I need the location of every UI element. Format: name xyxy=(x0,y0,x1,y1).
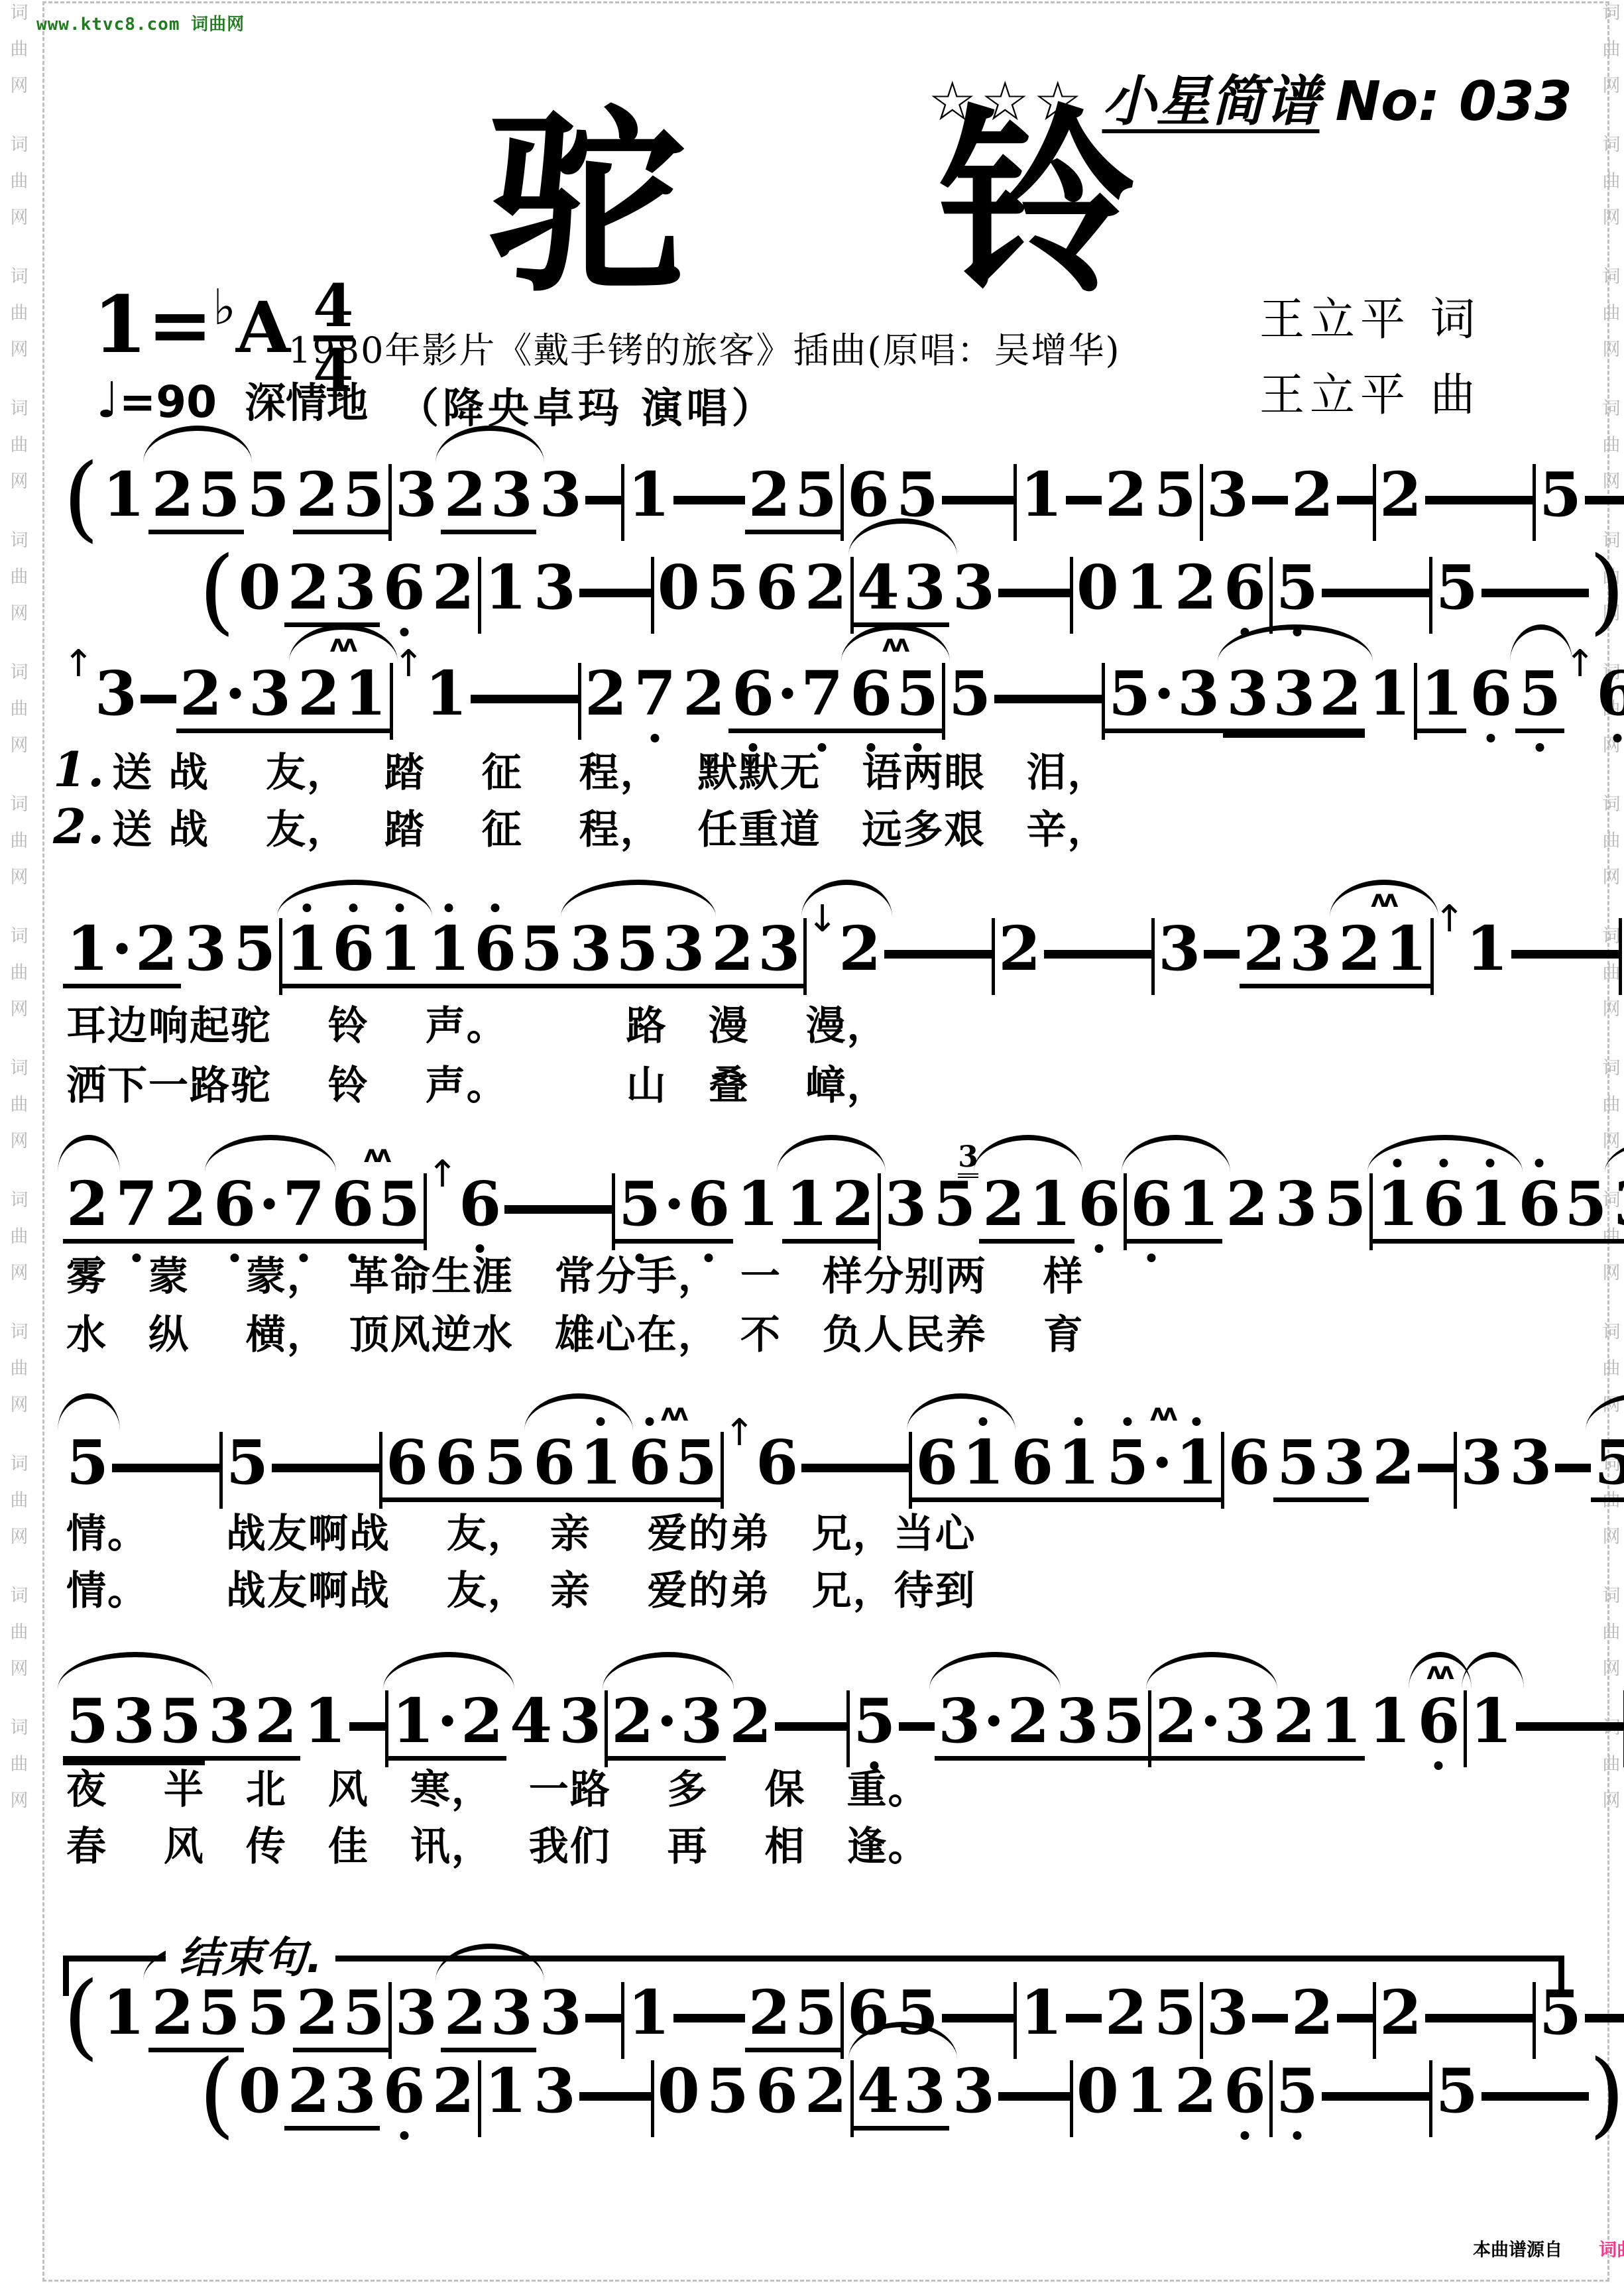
site-url-watermark: www.ktvc8.com 词曲网 xyxy=(36,11,245,35)
note-digits: 0 xyxy=(654,2060,703,2121)
note-digit: · xyxy=(436,1690,459,1751)
note-digit: 2 xyxy=(1377,464,1424,525)
note-digits: 21 xyxy=(1335,918,1430,988)
note-token: 0 xyxy=(654,2060,703,2121)
note-digit: 2 xyxy=(803,557,849,618)
note-token: 161 xyxy=(1373,1173,1515,1244)
note-token: 2 xyxy=(1222,1173,1271,1234)
note-token: 3 xyxy=(530,557,579,618)
note-token: 61 xyxy=(912,1432,1008,1502)
duration-dash xyxy=(1621,496,1624,504)
note-digit: · xyxy=(111,918,133,979)
mordent-icon: ʌʌ xyxy=(1371,888,1395,911)
note-digit: 0 xyxy=(237,557,283,618)
note-token: 1·2 xyxy=(388,1690,506,1761)
note-token: 5 xyxy=(930,1173,979,1234)
note-digit: 5 xyxy=(1275,1432,1321,1493)
watermark-group: 词曲网 xyxy=(1600,1719,1623,1810)
note-token: 2 xyxy=(1288,1982,1337,2043)
watermark-char: 曲 xyxy=(1600,436,1623,454)
note-token: 5 xyxy=(1432,2060,1481,2121)
octave-dot-high xyxy=(597,1417,605,1426)
note-token: 2 xyxy=(161,1173,210,1244)
note-token: 6 xyxy=(752,2060,801,2121)
note-digits: 2 xyxy=(726,1690,775,1751)
watermark-char: 词 xyxy=(8,1587,30,1605)
note-token: ↑6 xyxy=(427,1173,504,1234)
note-digit: · xyxy=(982,1690,1005,1751)
watermark-char: 词 xyxy=(8,1455,30,1473)
paren: ( xyxy=(63,464,99,533)
note-digit: 1 xyxy=(960,1432,1006,1493)
mordent-icon: ʌʌ xyxy=(1426,1660,1451,1684)
watermark-char: 曲 xyxy=(8,1492,30,1509)
note-digits: 3 xyxy=(91,663,141,724)
note-digits: 2·3 xyxy=(608,1690,726,1761)
octave-dot-high xyxy=(1393,1159,1402,1167)
octave-dot-low xyxy=(1147,1254,1156,1262)
note-digits: 3 xyxy=(1506,1432,1555,1493)
watermark-group: 词曲网 xyxy=(8,1719,30,1810)
note-digits: 1·2 xyxy=(388,1690,506,1761)
duration-dash xyxy=(615,2092,651,2101)
note-digits: 61 xyxy=(912,1432,1008,1502)
note-token: 5 xyxy=(244,464,293,525)
watermark-char: 网 xyxy=(8,77,30,95)
note-digits: 6·7 xyxy=(728,663,846,733)
note-digit: 2 xyxy=(1241,918,1287,979)
note-digit: 3 xyxy=(532,2060,578,2121)
note-digits: 1 xyxy=(1365,1690,1414,1751)
note-digit: 2 xyxy=(609,1690,656,1751)
note-digit: 3 xyxy=(1204,464,1251,525)
duration-dash xyxy=(978,496,1014,504)
duration-dash xyxy=(1393,2092,1429,2101)
note-digits: 3 xyxy=(181,918,230,979)
duration-dash xyxy=(504,1205,540,1214)
note-digit: 6 xyxy=(1421,1173,1467,1234)
duration-dash xyxy=(585,496,621,504)
music-line-intro-1: (1255253233125651253225) xyxy=(63,464,1568,541)
note-token: 1 xyxy=(624,1982,673,2043)
note-digit: 3 xyxy=(882,1173,929,1234)
note-digit: 6 xyxy=(685,1173,732,1234)
watermark-char: 曲 xyxy=(1600,1096,1623,1114)
note-digits: 6 xyxy=(455,1173,504,1234)
note-digit: 2 xyxy=(727,1690,774,1751)
note-token: ↑3 xyxy=(63,663,141,724)
note-token: ʌʌ5·1 xyxy=(1103,1432,1221,1502)
note-digit: 6 xyxy=(1226,1432,1272,1493)
note-digits: 1 xyxy=(481,2060,530,2121)
note-token: 2·3 xyxy=(176,663,294,733)
note-token: 1 xyxy=(733,1173,782,1234)
note-digits: 5 xyxy=(850,1690,899,1751)
note-token: 2 xyxy=(1288,464,1337,525)
note-token: 165 xyxy=(424,918,566,988)
watermark-char: 曲 xyxy=(8,1228,30,1246)
note-digit: 6 xyxy=(211,1173,258,1234)
note-digits: 25 xyxy=(293,1982,388,2052)
note-token: 3 xyxy=(881,1173,930,1234)
octave-dot-low xyxy=(400,2131,408,2140)
note-token: 61 xyxy=(1127,1173,1222,1244)
note-digit: 2 xyxy=(1336,918,1383,979)
duration-dash xyxy=(1461,2014,1497,2022)
note-digit: 3 xyxy=(1175,663,1222,724)
note-digits: 2 xyxy=(801,2060,850,2121)
note-token: 1 xyxy=(99,1982,148,2043)
duration-dash xyxy=(920,950,956,959)
note-digits: 2 xyxy=(161,1173,210,1244)
note-digit: 1 xyxy=(101,1982,147,2043)
duration-dash xyxy=(1252,496,1288,504)
quarter-note-icon: ♩ xyxy=(96,372,119,429)
note-digits: 1 xyxy=(624,1982,673,2043)
music-line-4: 2726·7ʌʌ65↑65·6112353216612351616535323 xyxy=(63,1173,1568,1250)
watermark-char: 词 xyxy=(1600,1059,1623,1077)
note-digits: 4 xyxy=(506,1690,555,1751)
watermark-char: 曲 xyxy=(8,1755,30,1773)
watermark-char: 词 xyxy=(8,1719,30,1737)
note-digit: · xyxy=(1199,1690,1222,1751)
note-digit: 2 xyxy=(837,918,883,979)
note-digit: · xyxy=(656,1690,678,1751)
lyrics-text: 耳边响起驼 铃 声。 路 漫 漫， xyxy=(66,1003,888,1049)
watermark-char: 曲 xyxy=(8,40,30,58)
note-digit: 5 xyxy=(341,1982,387,2043)
note-digits: 5 xyxy=(930,1173,979,1234)
music-line-3: 1·23516116535323↓22323ʌʌ21↑1 xyxy=(63,918,1568,995)
film-credit: 1980年影片《戴手铐的旅客》插曲(原唱：吴增华) xyxy=(288,322,1121,373)
note-digit: · xyxy=(1151,1432,1173,1493)
note-digits: 1 xyxy=(1365,663,1414,724)
duration-dash xyxy=(673,2014,709,2022)
duration-dash xyxy=(1337,2014,1373,2022)
duration-dash xyxy=(1585,2014,1621,2022)
note-digit: 1 xyxy=(783,1173,830,1234)
key-prefix: 1= xyxy=(93,278,213,371)
note-token: 5 xyxy=(1320,1173,1369,1234)
octave-dot-high xyxy=(303,904,312,912)
duration-dash xyxy=(1553,2092,1589,2101)
note-digit: 5 xyxy=(931,1173,978,1234)
note-digits: 6·7 xyxy=(210,1173,328,1244)
note-digit: 3 xyxy=(1054,1690,1100,1751)
note-digit: 1 xyxy=(423,663,469,724)
note-token: 1 xyxy=(99,464,148,525)
note-digits: 6 xyxy=(380,557,429,618)
octave-dot-low xyxy=(400,628,408,636)
note-token: ↑6 xyxy=(1564,663,1624,724)
barline xyxy=(1619,918,1622,995)
note-digit: 5 xyxy=(1100,1690,1147,1751)
slur-arc xyxy=(58,1393,120,1431)
note-digits: 21 xyxy=(979,1173,1074,1244)
note-token: 32 xyxy=(205,1690,300,1761)
note-digit: 1 xyxy=(734,1173,781,1234)
note-token: 1 xyxy=(1365,1690,1414,1751)
note-digits: 53 xyxy=(1273,1432,1369,1502)
note-digits: 35 xyxy=(1053,1690,1148,1761)
note-digit: 3 xyxy=(936,1690,982,1751)
note-digits: 6 xyxy=(1466,663,1515,724)
duration-dash xyxy=(994,695,1030,703)
note-token: 6 xyxy=(1220,557,1269,618)
note-digit: 1 xyxy=(426,918,472,979)
note-digit: 1 xyxy=(1055,1432,1102,1493)
note-digits: 161 xyxy=(1373,1173,1515,1244)
note-digit: 3 xyxy=(532,557,578,618)
note-digits: 43 xyxy=(854,2060,949,2131)
note-digits: 5 xyxy=(481,1432,530,1502)
note-digit: 5 xyxy=(341,464,387,525)
mordent-icon: ʌʌ xyxy=(882,632,907,656)
note-digit: 3 xyxy=(489,464,535,525)
watermark-group: 词曲网 xyxy=(8,664,30,754)
note-digits: 6 xyxy=(1224,1432,1273,1493)
slide-up-icon: ↑ xyxy=(1434,901,1465,938)
note-digit: 5 xyxy=(673,1432,719,1493)
note-token: 3 xyxy=(181,918,230,979)
watermark-char: 曲 xyxy=(1600,1755,1623,1773)
composer-credit: 王立平 曲 xyxy=(1259,359,1481,424)
note-digit: 3 xyxy=(206,1690,253,1751)
note-digits: 2 xyxy=(1369,1432,1418,1493)
note-digit: 3 xyxy=(1507,1432,1554,1493)
note-digit: 0 xyxy=(656,2060,702,2121)
note-token: 3 xyxy=(1457,1432,1506,1493)
note-token: 2 xyxy=(63,1173,112,1244)
note-digits: 5 xyxy=(1273,557,1322,618)
note-token: 23 xyxy=(708,918,803,988)
note-token: 5 xyxy=(703,2060,752,2121)
note-digit: 5 xyxy=(231,918,278,979)
duration-dash xyxy=(272,1464,308,1472)
note-token: 2 xyxy=(1376,464,1425,525)
note-token: 3 xyxy=(536,1982,585,2043)
note-digits: 6 xyxy=(1593,663,1624,724)
watermark-char: 曲 xyxy=(1600,1623,1623,1641)
note-digits: 0 xyxy=(235,2060,284,2121)
note-digit: 1 xyxy=(1383,918,1429,979)
note-token: 12 xyxy=(782,1173,878,1244)
octave-dot-high xyxy=(1074,1417,1083,1426)
note-token: 43 xyxy=(854,2060,949,2131)
note-digit: 7 xyxy=(632,663,678,724)
note-token: 25 xyxy=(745,464,841,534)
slur-arc xyxy=(143,426,252,463)
note-digit: 5 xyxy=(376,1173,422,1234)
note-digits: 2 xyxy=(1222,1173,1271,1234)
note-digit: 0 xyxy=(656,557,702,618)
note-token: 61 xyxy=(530,1432,625,1502)
footer-source-prefix: 本曲谱源自 xyxy=(1473,2240,1562,2260)
note-digit: 1 xyxy=(1124,2060,1170,2121)
note-digits: 21 xyxy=(294,663,390,733)
note-digits: 5 xyxy=(1432,2060,1481,2121)
duration-dash xyxy=(1322,2092,1358,2101)
note-digit: 1 xyxy=(1374,1173,1421,1234)
watermark-char: 曲 xyxy=(8,832,30,850)
note-token: ʌʌ21 xyxy=(294,663,390,733)
duration-dash xyxy=(184,1464,219,1472)
music-line-ending-1: (1255253233125651253225) xyxy=(63,1982,1568,2059)
note-digit: 3 xyxy=(1611,1173,1624,1234)
note-digit: 2 xyxy=(681,663,727,724)
watermark-char: 词 xyxy=(1600,1323,1623,1341)
watermark-char: 网 xyxy=(1600,77,1623,95)
note-digit: 3 xyxy=(951,557,997,618)
watermark-char: 网 xyxy=(1600,1528,1623,1546)
watermark-char: 词 xyxy=(8,532,30,550)
note-digit: 6 xyxy=(330,918,377,979)
watermark-char: 词 xyxy=(8,1059,30,1077)
note-token: 6 xyxy=(380,557,429,618)
note-digit: 5 xyxy=(482,1432,528,1493)
note-digit: 6 xyxy=(1468,663,1514,724)
note-digit: 3 xyxy=(660,918,707,979)
duration-dash xyxy=(506,695,542,703)
note-digits: 0 xyxy=(235,557,284,618)
octave-dot-low xyxy=(1434,1761,1443,1770)
duration-dash xyxy=(1252,2014,1288,2022)
note-digit: · xyxy=(258,1173,280,1234)
note-digit: 5 xyxy=(64,1690,111,1751)
watermark-char: 曲 xyxy=(1600,832,1623,850)
note-digits: 1 xyxy=(481,557,530,618)
song-title: 驼 铃 xyxy=(0,98,1624,307)
note-token: 6 xyxy=(1220,2060,1269,2121)
note-token: 2 xyxy=(429,557,478,618)
note-digit: 3 xyxy=(393,1982,439,2043)
note-digit: 1 xyxy=(577,1432,624,1493)
note-token: 5 xyxy=(1515,663,1564,733)
note-digit: 5 xyxy=(245,464,292,525)
note-digits: 5 xyxy=(1320,1173,1369,1234)
note-digit: 2 xyxy=(1153,1690,1199,1751)
lyrics-verse1-row2: 耳边响起驼 铃 声。 路 漫 漫， xyxy=(66,994,888,1051)
sheet-music-page: { "page":{"bg":"#ffffff","width":2450,"h… xyxy=(0,0,1624,2283)
duration-dash xyxy=(1425,496,1461,504)
duration-dash xyxy=(1497,496,1533,504)
note-digits: 3 xyxy=(536,464,585,525)
note-digit: 2 xyxy=(150,464,196,525)
note-digit: 2 xyxy=(746,464,793,525)
watermark-char: 曲 xyxy=(1600,304,1623,322)
note-token: 1 xyxy=(1122,557,1171,618)
note-token: ʌʌ65 xyxy=(846,663,942,733)
note-digit: 2 xyxy=(830,1173,876,1234)
note-digit: 5 xyxy=(1562,1173,1609,1234)
note-token: 23 xyxy=(284,2060,380,2131)
note-digits: 56 xyxy=(1591,1432,1624,1502)
note-digit: 3 xyxy=(567,918,614,979)
note-token: 5 xyxy=(481,1432,530,1502)
note-token: 3 xyxy=(536,464,585,525)
lyrics-text: 送 战 友， 踏 征 程， 默默无 语两眼 泪， xyxy=(112,750,1108,796)
note-token: 6 xyxy=(382,1432,432,1502)
note-digits: 6 xyxy=(432,1432,481,1502)
duration-dash xyxy=(1066,2014,1102,2022)
note-digit: 2 xyxy=(1173,557,1219,618)
watermark-char: 曲 xyxy=(8,1096,30,1114)
note-digit: 5 xyxy=(1106,663,1153,724)
octave-dot-high xyxy=(396,904,404,912)
note-digits: 5 xyxy=(1151,1982,1200,2043)
note-digit: 2 xyxy=(1103,1982,1149,2043)
note-digit: 6 xyxy=(1222,557,1268,618)
duration-dash xyxy=(998,589,1034,597)
note-token: 353 xyxy=(566,918,708,988)
note-digit: 5 xyxy=(705,2060,751,2121)
note-digits: 2 xyxy=(429,2060,478,2121)
note-digit: 1 xyxy=(1464,918,1510,979)
note-digits: 23 xyxy=(284,2060,380,2131)
note-digits: 6 xyxy=(1220,557,1269,618)
note-digit: 5 xyxy=(851,1690,898,1751)
note-digit: 3 xyxy=(1222,1690,1268,1751)
note-digit: 4 xyxy=(855,2060,901,2121)
note-digit: 6 xyxy=(531,1432,577,1493)
note-digit: 5 xyxy=(1152,464,1198,525)
note-digits: 3 xyxy=(555,1690,605,1751)
note-token: 25 xyxy=(293,1982,388,2052)
duration-dash xyxy=(801,1464,837,1472)
key-letter: A xyxy=(236,286,290,369)
note-token: ↑1 xyxy=(1434,918,1511,979)
note-digits: 61 xyxy=(1008,1432,1103,1502)
duration-dash xyxy=(585,2014,621,2022)
note-digit: 5 xyxy=(1152,1982,1198,2043)
note-digits: 25 xyxy=(148,464,244,534)
duration-dash xyxy=(1066,695,1102,703)
watermark-group: 词曲网 xyxy=(1600,795,1623,886)
note-digit: 6 xyxy=(384,1432,430,1493)
note-token: 1 xyxy=(300,1690,349,1751)
slur-arc xyxy=(603,1652,734,1689)
lyrics-text: 夜 半 北 风 寒， 一路 多 保 重。 xyxy=(66,1767,929,1813)
watermark-group: 词曲网 xyxy=(8,1059,30,1150)
note-digit: 2 xyxy=(294,464,341,525)
note-digit: 5 xyxy=(1592,1432,1624,1493)
slide-up-icon: ↑ xyxy=(63,646,94,683)
note-digit: 1 xyxy=(1317,1690,1363,1751)
watermark-char: 曲 xyxy=(8,436,30,454)
duration-dash xyxy=(308,1464,343,1472)
watermark-char: 词 xyxy=(1600,400,1623,418)
note-token: 2·3 xyxy=(1151,1690,1269,1761)
note-token: 6 xyxy=(1074,1173,1124,1234)
note-token: 5 xyxy=(945,663,994,724)
ending-section-label: 结束句. xyxy=(166,1924,335,1985)
note-token: 6 xyxy=(432,1432,481,1502)
note-digits: 1 xyxy=(99,464,148,525)
duration-dash xyxy=(540,1205,576,1214)
note-digit: 3 xyxy=(1273,1173,1319,1234)
note-digit: 3 xyxy=(1156,918,1202,979)
note-digit: 6 xyxy=(472,918,518,979)
note-digits: 165 xyxy=(424,918,566,988)
note-token: 7 xyxy=(630,663,679,724)
music-line-6: 5353211·2432·3253·2352·3211ʌʌ611 xyxy=(63,1690,1568,1767)
note-digits: 6 xyxy=(752,2060,801,2121)
watermark-char: 曲 xyxy=(8,304,30,322)
note-digit: 6 xyxy=(626,1432,673,1493)
note-digits: 6 xyxy=(382,1432,432,1502)
note-digits: 1 xyxy=(733,1173,782,1234)
octave-dot-high xyxy=(445,904,453,912)
